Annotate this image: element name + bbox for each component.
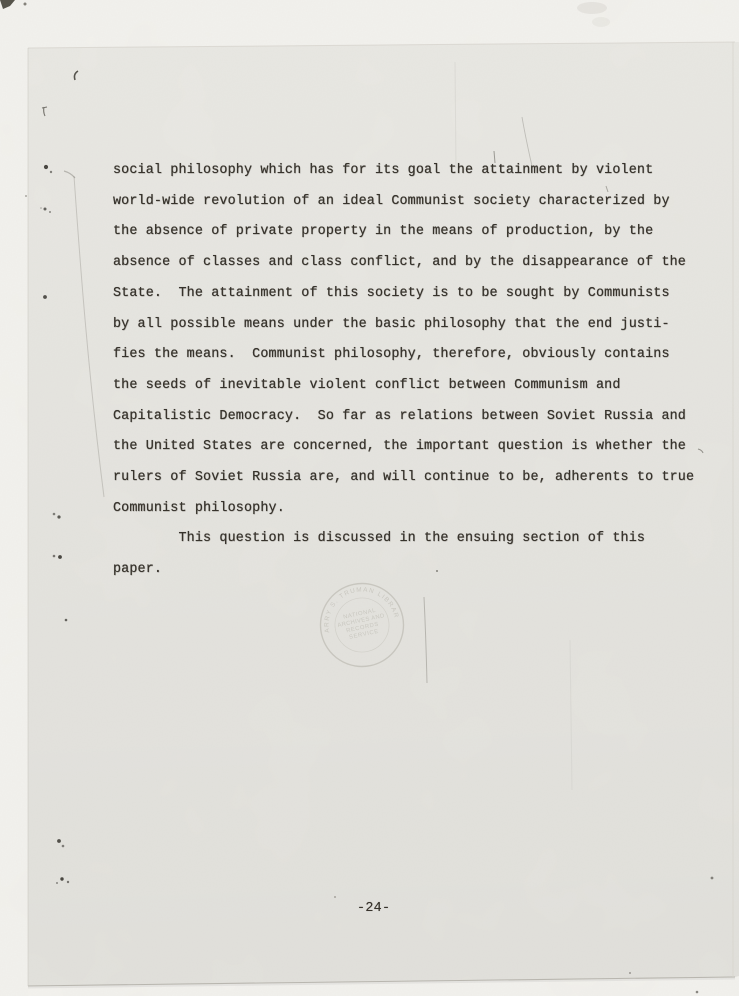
corner-mark (0, 0, 15, 9)
scanned-document-page: HARRY S. TRUMAN LIBRARY NATIONAL ARCHIVE… (0, 0, 739, 996)
stray-mark (74, 71, 78, 80)
scan-artifacts (0, 0, 739, 996)
stray-mark (42, 107, 47, 116)
